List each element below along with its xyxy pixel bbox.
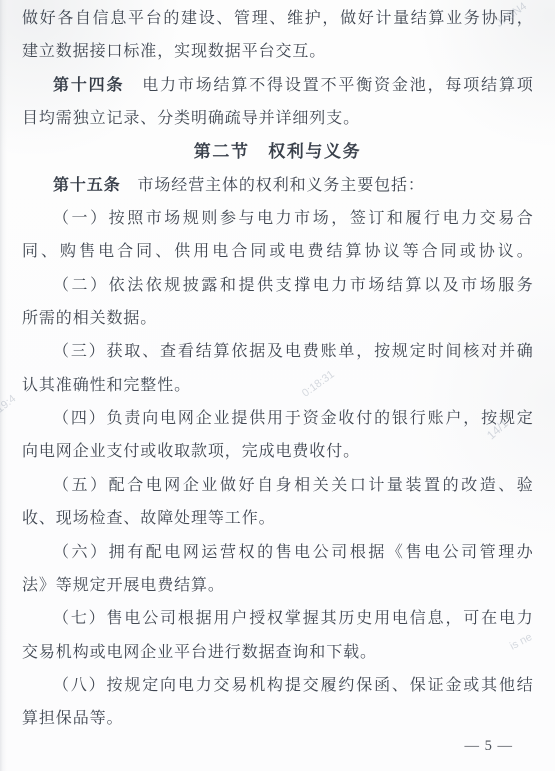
text-line: （六）拥有配电网运营权的售电公司根据《售电公司管理办 bbox=[22, 536, 533, 569]
text-line: 算担保品等。 bbox=[22, 702, 533, 735]
text-line: （四）负责向电网企业提供用于资金收付的银行账户，按规定 bbox=[22, 402, 533, 435]
text-line: 建立数据接口标准，实现数据平台交互。 bbox=[22, 35, 533, 68]
text-line: （一）按照市场规则参与电力市场，签订和履行电力交易合 bbox=[22, 202, 533, 235]
text-line: （五）配合电网企业做好自身相关关口计量装置的改造、验 bbox=[22, 469, 533, 502]
text-line: 法》等规定开展电费结算。 bbox=[22, 569, 533, 602]
text-line: 第十四条 电力市场结算不得设置不平衡资金池，每项结算项 bbox=[22, 69, 533, 102]
text-line: 向电网企业支付或收取款项，完成电费收付。 bbox=[22, 435, 533, 468]
document-page: 做好各自信息平台的建设、管理、维护，做好计量结算业务协同， 建立数据接口标准，实… bbox=[0, 0, 555, 771]
text-line: 目均需独立记录、分类明确疏导并详细列支。 bbox=[22, 102, 533, 135]
text-line: 认其准确性和完整性。 bbox=[22, 369, 533, 402]
article-text: 电力市场结算不得设置不平衡资金池，每项结算项 bbox=[124, 77, 533, 94]
text-line: 收、现场检查、故障处理等工作。 bbox=[22, 502, 533, 535]
article-number: 第十四条 bbox=[53, 77, 124, 94]
document-body: 做好各自信息平台的建设、管理、维护，做好计量结算业务协同， 建立数据接口标准，实… bbox=[22, 2, 533, 736]
text-line: （七）售电公司根据用户授权掌握其历史用电信息，可在电力 bbox=[22, 602, 533, 635]
text-line: （八）按规定向电力交易机构提交履约保函、保证金或其他结 bbox=[22, 669, 533, 702]
text-line: 所需的相关数据。 bbox=[22, 302, 533, 335]
text-line: 做好各自信息平台的建设、管理、维护，做好计量结算业务协同， bbox=[22, 2, 533, 35]
section-heading: 第二节 权利与义务 bbox=[22, 135, 533, 168]
article-number: 第十五条 bbox=[53, 177, 121, 194]
page-number: — 5 — bbox=[465, 738, 514, 755]
text-line: （三）获取、查看结算依据及电费账单，按规定时间核对并确 bbox=[22, 335, 533, 368]
text-line: （二）依法依规披露和提供支撑电力市场结算以及市场服务 bbox=[22, 269, 533, 302]
text-line: 同、购售电合同、供用电合同或电费结算协议等合同或协议。 bbox=[22, 235, 533, 268]
article-text: 市场经营主体的权利和义务主要包括： bbox=[121, 177, 425, 194]
text-line: 第十五条 市场经营主体的权利和义务主要包括： bbox=[22, 169, 533, 202]
text-line: 交易机构或电网企业平台进行数据查询和下载。 bbox=[22, 636, 533, 669]
watermark-fragment: 19:4 bbox=[0, 393, 18, 416]
